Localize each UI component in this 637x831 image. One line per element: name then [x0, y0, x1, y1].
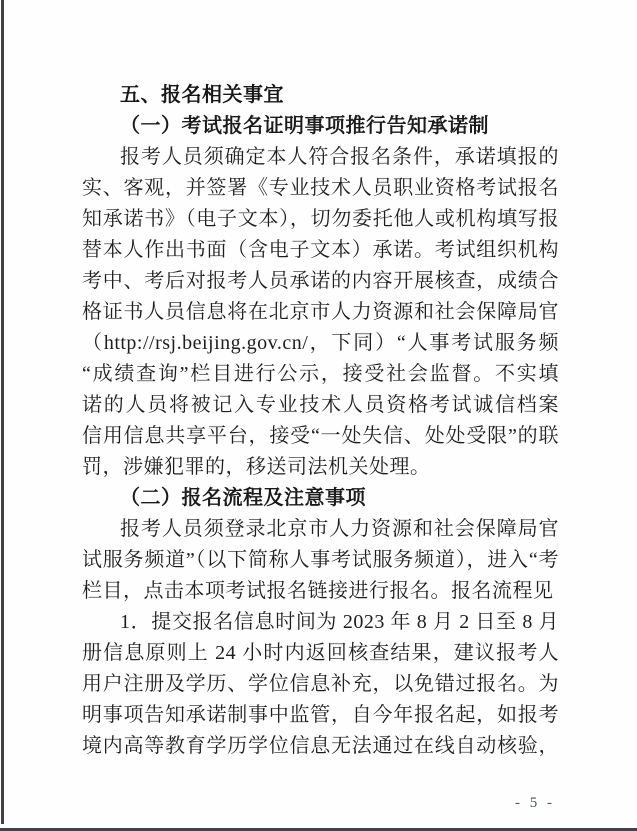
- text-line: 明事项告知承诺制事中监管，自今年报名起，如报考人员提交的: [82, 700, 559, 731]
- text-line-with-url: （http://rsj.beijing.gov.cn/，下同）“人事考试服务频道…: [82, 328, 559, 359]
- text-line: 替本人作出书面（含电子文本）承诺。考试组织机构将在考前、: [82, 235, 559, 266]
- text-line: 信用信息共享平台，接受“一处失信、处处受限”的联合惩戒处: [82, 421, 559, 452]
- scan-left-edge-line: [1, 0, 4, 824]
- text-line: 册信息原则上 24 小时内返回核查结果，建议报考人员提前完成: [82, 638, 559, 669]
- text-line: 试服务频道”（以下简称人事考试服务频道），进入“考试报名”: [82, 545, 559, 576]
- text-line: 报考人员须登录北京市人力资源和社会保障局官网“人事考: [82, 514, 559, 545]
- text-line: “成绩查询”栏目进行公示，接受社会监督。不实填报、虚假承: [82, 359, 559, 390]
- section-heading: 五、报名相关事宜: [82, 80, 559, 111]
- document-text-block: 五、报名相关事宜 （一）考试报名证明事项推行告知承诺制 报考人员须确定本人符合报…: [82, 80, 559, 762]
- text-line: 1．提交报名信息时间为 2023 年 8 月 2 日至 8 月 11 日。注: [82, 607, 559, 638]
- text-line: 考中、考后对报考人员承诺的内容开展核查，成绩合格拟取得资: [82, 266, 559, 297]
- text-line: 罚，涉嫌犯罪的，移送司法机关处理。: [82, 452, 559, 483]
- text-line: 栏目，点击本项考试报名链接进行报名。报名流程见附件。: [82, 576, 559, 607]
- text-line: 格证书人员信息将在北京市人力资源和社会保障局官网: [82, 297, 559, 328]
- text-line: 用户注册及学历、学位信息补充，以免错过报名。为加强报名证: [82, 669, 559, 700]
- subsection-heading-1: （一）考试报名证明事项推行告知承诺制: [82, 111, 559, 142]
- text-line: 实、客观，并签署《专业技术人员职业资格考试报名证明事项告: [82, 173, 559, 204]
- text-line: 诺的人员将被记入专业技术人员资格考试诚信档案库，纳入全国: [82, 390, 559, 421]
- text-line: 境内高等教育学历学位信息无法通过在线自动核验，应在报名前: [82, 731, 559, 762]
- subsection-heading-2: （二）报名流程及注意事项: [82, 483, 559, 514]
- document-page: 五、报名相关事宜 （一）考试报名证明事项推行告知承诺制 报考人员须确定本人符合报…: [0, 0, 637, 831]
- page-number: - 5 -: [500, 795, 570, 812]
- text-line: 知承诺书》（电子文本），切勿委托他人或机构填写报名信息、代: [82, 204, 559, 235]
- text-line: 报考人员须确定本人符合报名条件，承诺填报的信息均真: [82, 142, 559, 173]
